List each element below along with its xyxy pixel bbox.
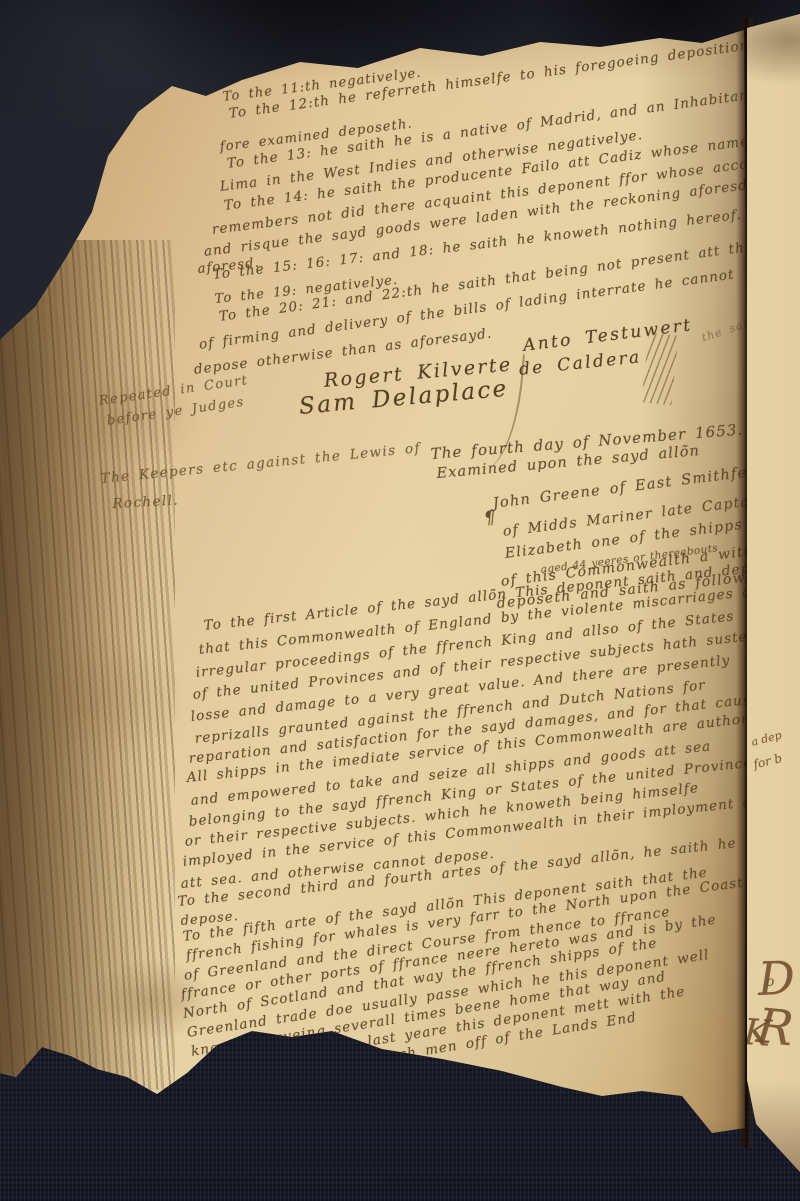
fore-edge-letter-o: o	[766, 974, 774, 990]
facing-page-note: for b	[752, 751, 783, 772]
spine-edge	[0, 240, 175, 1090]
manuscript-page: To the 11:th negativelye.To the 12:th he…	[0, 0, 800, 1201]
facing-page-note: a dep	[750, 729, 783, 749]
manuscript-photo: To the 11:th negativelye.To the 12:th he…	[0, 0, 800, 1201]
fore-edge-letter-r: R	[754, 998, 796, 1057]
